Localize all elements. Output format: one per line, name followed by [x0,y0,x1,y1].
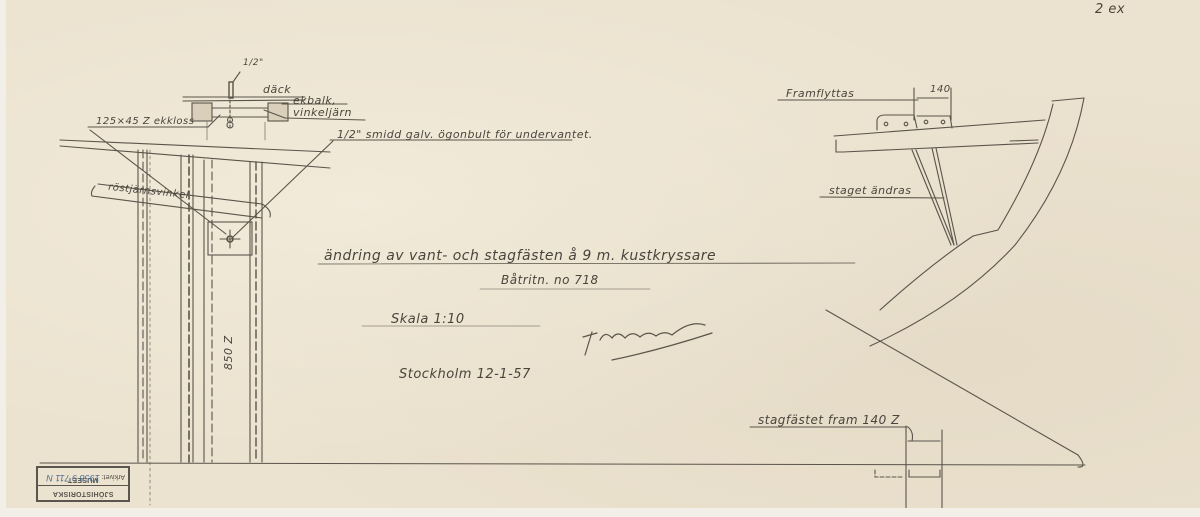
frame-elevation [40,130,1085,505]
eyebolt-label: 1/2" smidd galv. ögonbult för undervante… [337,128,593,141]
block-label: 125×45 Z ekkloss [96,116,194,127]
stay-changed-label: staget ändras [829,184,912,197]
deck-label: däck [263,83,291,96]
drawing-title: ändring av vant- och stagfästen å 9 m. k… [324,248,716,264]
stay-fitting-label: stagfästet fram 140 Z [758,413,900,427]
archive-stamp: SJÖHISTORISKA MUSEET Arkivet: 1958 9 711… [36,466,130,502]
archive-number: 1958 9 711 N [46,473,99,483]
archive-row: Arkivet: 1958 9 711 N [38,471,128,485]
place-date-label: Stockholm 12-1-57 [399,367,531,382]
move-forward-label: Framflyttas [786,87,854,100]
angle-iron-label: vinkeljärn [293,106,352,119]
museum-name: SJÖHISTORISKA MUSEET [38,485,128,500]
drawing-number: Båtritn. no 718 [501,273,599,287]
drawing-sheet: 2 ex 1/2" däck ekbalk, vinkeljärn 125×45… [6,0,1200,508]
move-dimension: 140 [930,84,951,95]
bow-section [750,88,1084,508]
copies-note: 2 ex [1095,2,1125,17]
archive-label: Arkivet: [102,473,125,480]
height-dimension: 850 Z [222,335,235,370]
scale-label: Skala 1:10 [391,312,465,327]
bolt-size-label: 1/2" [243,58,264,68]
